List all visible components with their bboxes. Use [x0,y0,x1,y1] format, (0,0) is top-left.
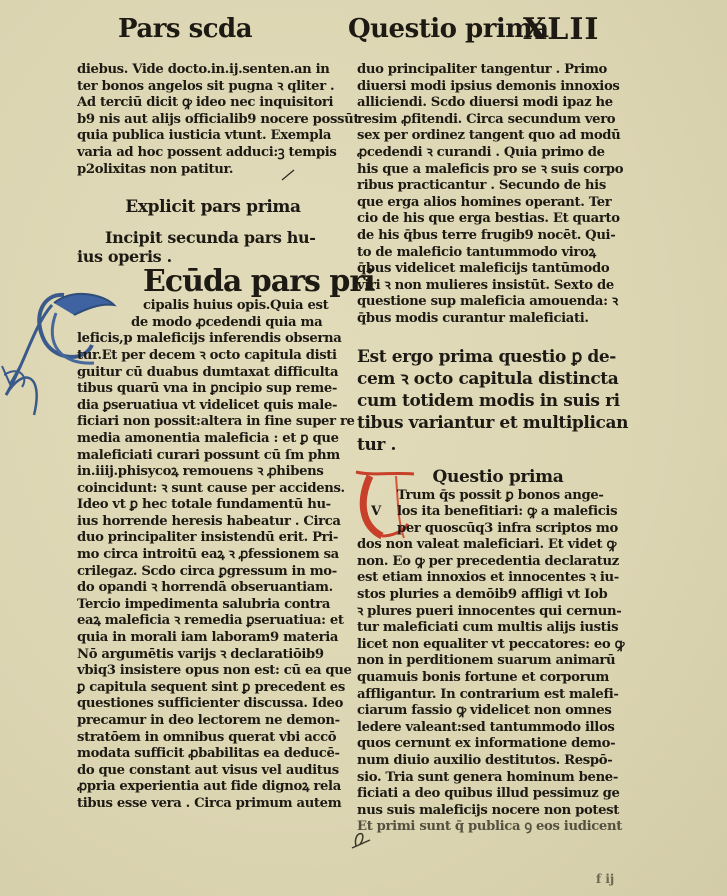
text-line: Ad terciū dicit ꝙ ideo nec inquisitori [77,95,349,112]
text-line: mo circa introitū eaꝝ ꝛ ꝓfessionem sa [77,547,349,564]
text-line: q̄bus modis curantur maleficiati. [357,311,639,328]
text-line: num diuio auxilio destitutos. Respō- [357,753,639,770]
text-line: coincidunt: ꝛ sunt cause per accidens. [77,481,349,498]
text-line: ꝑ capitula sequent sint ꝑ precedent es [77,680,349,697]
text-line: duo principaliter tangentur . Primo [357,62,639,79]
text-line: ꝛ plures pueri innocentes qui cernun- [357,604,639,621]
text-line: stratōem in omnibus querat vbi accō [77,730,349,747]
text-line: media amonentia maleficia : et ꝑ que [77,431,349,448]
text-line: do que constant aut visus vel auditus [77,763,349,780]
text-line: que erga alios homines operant. Ter [357,195,639,212]
text-line: p2olixitas non patitur. [77,162,349,179]
text-line: Nō argumētis varijs ꝛ declaratiōib9 [77,647,349,664]
text-line: do opandi ꝛ horrendā obseruantiam. [77,580,349,597]
text-line: de his q̄bus terre frugib9 nocēt. Qui- [357,228,639,245]
text-line: affligantur. In contrarium est malefi- [357,687,639,704]
text-line: maleficiati curari possunt cū ſm phm [77,448,349,465]
question-summary-line: cum totidem modis in suis ri [357,390,639,412]
text-line-content: los ita benefitiari: ꝙ a maleficis [397,504,617,519]
text-line: b9 nis aut alijs officialib9 nocere poss… [77,112,349,129]
text-line: ribus practicantur . Secundo de his [357,178,639,195]
question-summary-line: tibus variantur et multiplican [357,412,639,434]
text-line: cipalis huius opis.Quia est [77,298,349,315]
text-line: est etiam innoxios et innocentes ꝛ iu- [357,570,639,587]
right-column: duo principaliter tangentur . Primo diue… [357,62,639,836]
section-title: Ecūda pars pri [77,266,349,298]
text-line: ficiati a deo quibus illud pessimuz ge [357,786,639,803]
text-line: tibus esse vera . Circa primum autem [77,796,349,813]
header-question-label: Questio prima [348,14,549,44]
text-line: stos pluries a demōib9 affligi vt Iob [357,587,639,604]
text-line: varia ad hoc possent adduci:ꝫ tempis [77,145,349,162]
text-line: sio. Tria sunt genera hominum bene- [357,770,639,787]
question-summary-line: Est ergo prima questio ꝑ de- [357,346,639,368]
text-line: guitur cū duabus dumtaxat difficulta [77,365,349,382]
questio-heading: Questio prima [357,466,639,488]
text-line: quia in morali iam laboram9 materia [77,630,349,647]
text-line: tibus quarū vna in ꝑncipio sup reme- [77,381,349,398]
text-line: dia ꝑseruatiua vt videlicet quis male- [77,398,349,415]
text-line: ꝓpria experientia aut fide dignoꝝ rela [77,779,349,796]
question-summary-line: cem ꝛ octo capitula distincta [357,368,639,390]
running-header: Pars scda Questio prima XLII [118,8,638,48]
text-line: viri ꝛ non mulieres insistūt. Sexto de [357,278,639,295]
text-line: in.iiij.phisycoꝝ remouens ꝛ ꝓhibens [77,464,349,481]
text-line: licet non equaliter vt peccatores: eo ꝙ [357,637,639,654]
signature-mark: f ij [596,872,614,886]
faded-text-line: Et primi sunt q̄ publica ꝯ eos iudicent [357,819,639,836]
text-line: questiones sufficienter discussa. Ideo [77,696,349,713]
text-line: leficis,p maleficijs inferendis obserna [77,331,349,348]
text-line: non. Eo ꝙ per precedentia declaratuz [357,554,639,571]
text-line: ciarum fassio ꝙ videlicet non omnes [357,703,639,720]
text-line: de modo ꝓcedendi quia ma [77,315,349,332]
text-line: cio de his que erga bestias. Et quarto [357,211,639,228]
text-line: non in perditionem suarum animarū [357,653,639,670]
incipit-heading-line1: Incipit secunda pars hu- [77,228,349,247]
text-line: ius horrende heresis habeatur . Circa [77,514,349,531]
text-line: questione sup maleficia amouenda: ꝛ [357,294,639,311]
text-line: eaꝝ maleficia ꝛ remedia ꝑseruatiua: et [77,613,349,630]
text-line: ter bonos angelos sit pugna ꝛ qliter . [77,79,349,96]
text-line: modata sufficit ꝓbabilitas ea deducē- [77,746,349,763]
text-line: Tercio impedimenta salubria contra [77,597,349,614]
margin-check-icon [0,362,22,388]
text-line: Ideo vt ꝑ hec totale fundamentū hu- [77,497,349,514]
text-line: per quoscūq3 infra scriptos mo [357,521,639,538]
text-line: crilegaz. Scdo circa ꝑgressum in mo- [77,564,349,581]
text-line: Vlos ita benefitiari: ꝙ a maleficis [357,504,639,521]
question-summary-line: tur . [357,434,639,456]
left-column: diebus. Vide docto.in.ij.senten.an in te… [77,62,349,813]
text-line: alliciendi. Scdo diuersi modi ipaz he [357,95,639,112]
text-line: tur.Et per decem ꝛ octo capitula disti [77,348,349,365]
text-line: quia publica iusticia vtunt. Exempla [77,128,349,145]
folio-number: XLII [523,12,599,47]
text-line: to de maleficio tantummodo viroꝝ [357,245,639,262]
text-line: tur maleficiati cum multis alijs iustis [357,620,639,637]
text-line: ꝓcedendi ꝛ curandi . Quia primo de [357,145,639,162]
manicule-annotation-icon [348,826,374,852]
text-line: resim ꝓfitendi. Circa secundum vero [357,112,639,129]
margin-slash-icon [280,168,296,182]
explicit-heading: Explicit pars prima [77,196,349,218]
scanned-page: Pars scda Questio prima XLII diebus. Vid… [0,0,727,896]
text-line: vbiq3 insistere opus non est: cū ea que [77,663,349,680]
text-line: q̄bus videlicet maleficijs tantūmodo [357,261,639,278]
text-line: his que a maleficis pro se ꝛ suis corpo [357,162,639,179]
text-line: dos non valeat maleficiari. Et videt ꝙ [357,537,639,554]
text-line: Trum q̄s possit ꝑ bonos ange- [357,488,639,505]
text-line: quos cernunt ex informatione demo- [357,736,639,753]
text-line: sex per ordinez tangent quo ad modū [357,128,639,145]
text-line: duo principaliter insistendū erit. Pri- [77,530,349,547]
text-line: diuersi modi ipsius demonis innoxios [357,79,639,96]
initial-guide-letter: V [371,504,397,521]
text-line: quamuis bonis fortune et corporum [357,670,639,687]
text-line: ledere valeant:sed tantummodo illos [357,720,639,737]
text-line: nus suis maleficijs nocere non potest [357,803,639,820]
text-line: precamur in deo lectorem ne demon- [77,713,349,730]
text-line: diebus. Vide docto.in.ij.senten.an in [77,62,349,79]
text-line: ficiari non possit:altera in fine super … [77,414,349,431]
header-part-label: Pars scda [118,14,252,44]
